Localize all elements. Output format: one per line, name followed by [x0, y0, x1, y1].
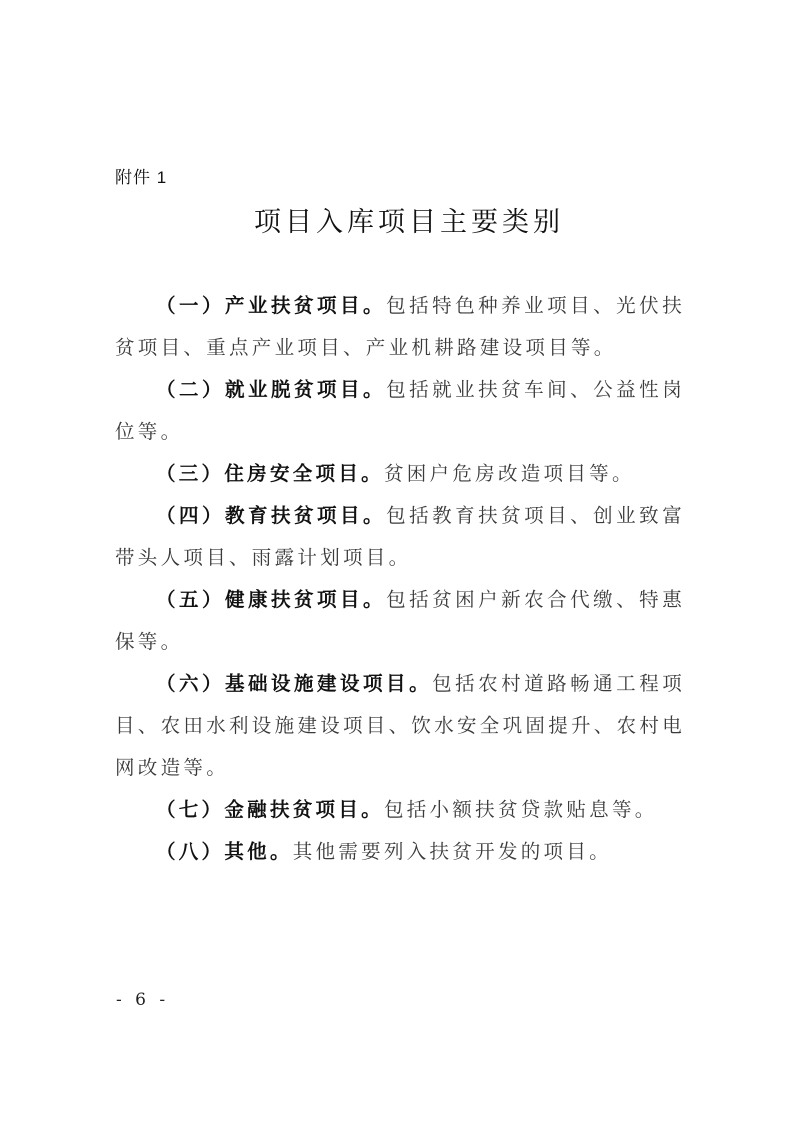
section-number: （一）	[156, 294, 225, 317]
section-number: （八）	[156, 840, 224, 863]
section-heading: 金融扶贫项目。	[224, 798, 384, 821]
section-7: （七）金融扶贫项目。包括小额扶贫贷款贴息等。	[115, 789, 685, 831]
section-number: （三）	[156, 462, 224, 485]
section-8: （八）其他。其他需要列入扶贫开发的项目。	[115, 831, 685, 873]
section-number: （七）	[156, 798, 224, 821]
section-5: （五）健康扶贫项目。包括贫困户新农合代缴、特惠保等。	[115, 579, 685, 663]
section-number: （四）	[156, 504, 225, 527]
page-number: - 6 -	[116, 990, 169, 1010]
section-number: （六）	[156, 672, 225, 695]
section-4: （四）教育扶贫项目。包括教育扶贫项目、创业致富带头人项目、雨露计划项目。	[115, 495, 685, 579]
section-heading: 产业扶贫项目。	[225, 294, 386, 317]
document-body: （一）产业扶贫项目。包括特色种养业项目、光伏扶贫项目、重点产业项目、产业机耕路建…	[115, 285, 685, 873]
section-heading: 住房安全项目。	[224, 462, 384, 485]
section-number: （五）	[156, 588, 225, 611]
section-heading: 就业脱贫项目。	[225, 378, 386, 401]
section-number: （二）	[156, 378, 225, 401]
section-heading: 其他。	[224, 840, 292, 863]
section-1: （一）产业扶贫项目。包括特色种养业项目、光伏扶贫项目、重点产业项目、产业机耕路建…	[115, 285, 685, 369]
document-title: 项目入库项目主要类别	[0, 200, 793, 239]
section-description: 其他需要列入扶贫开发的项目。	[293, 840, 612, 863]
section-heading: 教育扶贫项目。	[225, 504, 386, 527]
section-heading: 健康扶贫项目。	[225, 588, 386, 611]
section-2: （二）就业脱贫项目。包括就业扶贫车间、公益性岗位等。	[115, 369, 685, 453]
attachment-label: 附件 1	[115, 163, 167, 188]
section-description: 包括小额扶贫贷款贴息等。	[384, 798, 658, 821]
section-heading: 基础设施建设项目。	[225, 672, 432, 695]
section-6: （六）基础设施建设项目。包括农村道路畅通工程项目、农田水利设施建设项目、饮水安全…	[115, 663, 685, 789]
section-description: 贫困户危房改造项目等。	[384, 462, 635, 485]
section-3: （三）住房安全项目。贫困户危房改造项目等。	[115, 453, 685, 495]
